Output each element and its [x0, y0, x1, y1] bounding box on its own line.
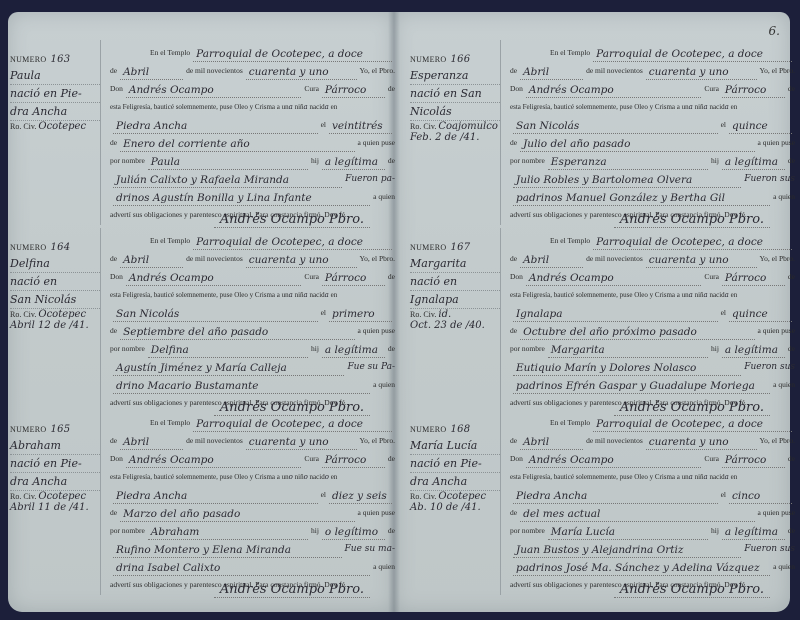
page-number: 6.: [769, 24, 780, 38]
baptism-record: NUMERO167 Margarita nació en Ignalapa Ro…: [410, 228, 790, 413]
record-form: En el TemploParroquial de Ocotepec, a do…: [510, 44, 795, 224]
fecha-nacimiento-field: Marzo del año pasado: [120, 507, 354, 522]
filiacion-field: a legítima: [722, 343, 785, 358]
presbitero-field: Andrés Ocampo: [126, 453, 301, 468]
record-number: NUMERO167: [410, 242, 500, 253]
civil-registry-date: Oct. 23 de /40.: [410, 320, 500, 331]
mes-field: Abril: [520, 65, 583, 80]
mes-field: Abril: [120, 65, 183, 80]
presbitero-field: Andrés Ocampo: [526, 453, 701, 468]
padres-field: Juan Bustos y Alejandrina Ortiz: [513, 543, 741, 558]
record-number: NUMERO168: [410, 424, 500, 435]
fecha-nacimiento-field: Septiembre del año pasado: [120, 325, 354, 340]
cura-field: Párroco: [722, 453, 785, 468]
dia-field: primero: [329, 307, 392, 322]
margin-note: Delfina nació en San Nicolás: [10, 255, 100, 309]
margin-note: Margarita nació en Ignalapa: [410, 255, 500, 309]
record-form: En el TemploParroquial de Ocotepec, a do…: [510, 232, 795, 412]
record-margin: NUMERO166 Esperanza nació en San Nicolás…: [410, 40, 501, 225]
record-number: NUMERO163: [10, 54, 100, 65]
templo-field: Parroquial de Ocotepec, a doce: [193, 235, 392, 250]
padrinos-field: padrinos Efrén Gaspar y Guadalupe Morieg…: [513, 379, 770, 394]
lugar-field: Piedra Ancha: [113, 489, 318, 504]
record-number: NUMERO166: [410, 54, 500, 65]
filiacion-field: a legítima: [322, 343, 385, 358]
anio-field: cuarenta y uno: [246, 253, 357, 268]
civil-registry: Ro. Civ. Coajomulco: [410, 121, 500, 132]
record-form: En el TemploParroquial de Ocotepec, a do…: [510, 414, 795, 594]
dia-field: diez y seis: [329, 489, 392, 504]
cura-field: Párroco: [322, 453, 385, 468]
priest-signature: Andrés Ocampo Pbro.: [614, 582, 770, 598]
baptism-record: NUMERO164 Delfina nació en San Nicolás R…: [10, 228, 390, 413]
margin-note: Paula nació en Pie- dra Ancha: [10, 67, 100, 121]
record-margin: NUMERO165 Abraham nació en Pie- dra Anch…: [10, 410, 101, 595]
mes-field: Abril: [120, 253, 183, 268]
lugar-field: Piedra Ancha: [113, 119, 318, 134]
mes-field: Abril: [120, 435, 183, 450]
anio-field: cuarenta y uno: [246, 65, 357, 80]
record-margin: NUMERO163 Paula nació en Pie- dra Ancha …: [10, 40, 101, 225]
filiacion-field: a legítima: [322, 155, 385, 170]
civil-registry: Ro. Civ. Ocotepec: [410, 491, 500, 502]
nombre-field: Paula: [148, 155, 308, 170]
baptism-record: NUMERO163 Paula nació en Pie- dra Ancha …: [10, 40, 390, 225]
fecha-nacimiento-field: Octubre del año próximo pasado: [520, 325, 754, 340]
padres-field: Julián Calixto y Rafaela Miranda: [113, 173, 342, 188]
mes-field: Abril: [520, 253, 583, 268]
baptism-record: NUMERO166 Esperanza nació en San Nicolás…: [410, 40, 790, 225]
record-form: En el TemploParroquial de Ocotepec, a do…: [110, 414, 395, 594]
cura-field: Párroco: [722, 271, 785, 286]
record-form: En el TemploParroquial de Ocotepec, a do…: [110, 232, 395, 412]
padrinos-field: drina Isabel Calixto: [113, 561, 370, 576]
anio-field: cuarenta y uno: [646, 435, 757, 450]
presbitero-field: Andrés Ocampo: [526, 83, 701, 98]
templo-field: Parroquial de Ocotepec, a doce: [193, 417, 392, 432]
civil-registry-date: Feb. 2 de /41.: [410, 132, 500, 143]
templo-field: Parroquial de Ocotepec, a doce: [593, 417, 792, 432]
padrinos-field: drinos Agustín Bonilla y Lina Infante: [113, 191, 370, 206]
nombre-field: Delfina: [148, 343, 308, 358]
fecha-nacimiento-field: Enero del corriente año: [120, 137, 354, 152]
margin-note: Esperanza nació en San Nicolás: [410, 67, 500, 121]
cura-field: Párroco: [322, 83, 385, 98]
margin-note: María Lucía nació en Pie- dra Ancha: [410, 437, 500, 491]
lugar-field: Piedra Ancha: [513, 489, 718, 504]
civil-registry-date: Abril 11 de /41.: [10, 502, 100, 513]
padrinos-field: padrinos Manuel González y Bertha Gil: [513, 191, 770, 206]
padres-field: Eutiquio Marín y Dolores Nolasco: [513, 361, 741, 376]
margin-note: Abraham nació en Pie- dra Ancha: [10, 437, 100, 491]
record-number: NUMERO165: [10, 424, 100, 435]
record-margin: NUMERO164 Delfina nació en San Nicolás R…: [10, 228, 101, 413]
civil-registry: Ro. Civ. id.: [410, 309, 500, 320]
filiacion-field: a legítima: [722, 155, 785, 170]
padrinos-field: drino Macario Bustamante: [113, 379, 370, 394]
cura-field: Párroco: [722, 83, 785, 98]
record-margin: NUMERO167 Margarita nació en Ignalapa Ro…: [410, 228, 501, 413]
anio-field: cuarenta y uno: [646, 253, 757, 268]
record-form: En el TemploParroquial de Ocotepec, a do…: [110, 44, 395, 224]
padres-field: Rufino Montero y Elena Miranda: [113, 543, 342, 558]
lugar-field: San Nicolás: [113, 307, 318, 322]
anio-field: cuarenta y uno: [646, 65, 757, 80]
dia-field: quince: [729, 119, 792, 134]
priest-signature: Andrés Ocampo Pbro.: [214, 212, 370, 228]
mes-field: Abril: [520, 435, 583, 450]
nombre-field: Abraham: [148, 525, 308, 540]
priest-signature: Andrés Ocampo Pbro.: [614, 212, 770, 228]
dia-field: quince: [729, 307, 792, 322]
filiacion-field: o legítimo: [322, 525, 385, 540]
presbitero-field: Andrés Ocampo: [526, 271, 701, 286]
civil-registry-date: Ab. 10 de /41.: [410, 502, 500, 513]
presbitero-field: Andrés Ocampo: [126, 83, 301, 98]
presbitero-field: Andrés Ocampo: [126, 271, 301, 286]
baptism-record: NUMERO168 María Lucía nació en Pie- dra …: [410, 410, 790, 595]
lugar-field: San Nicolás: [513, 119, 718, 134]
nombre-field: Margarita: [548, 343, 708, 358]
filiacion-field: a legítima: [722, 525, 785, 540]
templo-field: Parroquial de Ocotepec, a doce: [193, 47, 392, 62]
civil-registry: Ro. Civ. Ocotepec: [10, 491, 100, 502]
baptism-record: NUMERO165 Abraham nació en Pie- dra Anch…: [10, 410, 390, 595]
record-number: NUMERO164: [10, 242, 100, 253]
padres-field: Agustín Jiménez y María Calleja: [113, 361, 344, 376]
anio-field: cuarenta y uno: [246, 435, 357, 450]
fecha-nacimiento-field: del mes actual: [520, 507, 754, 522]
padrinos-field: padrinos José Ma. Sánchez y Adelina Vázq…: [513, 561, 770, 576]
lugar-field: Ignalapa: [513, 307, 718, 322]
civil-registry: Ro. Civ. Ocotepec: [10, 121, 100, 132]
nombre-field: María Lucía: [548, 525, 708, 540]
templo-field: Parroquial de Ocotepec, a doce: [593, 47, 792, 62]
record-margin: NUMERO168 María Lucía nació en Pie- dra …: [410, 410, 501, 595]
padres-field: Julio Robles y Bartolomea Olvera: [513, 173, 741, 188]
fecha-nacimiento-field: Julio del año pasado: [520, 137, 754, 152]
civil-registry: Ro. Civ. Ocotepec: [10, 309, 100, 320]
priest-signature: Andrés Ocampo Pbro.: [214, 582, 370, 598]
civil-registry-date: Abril 12 de /41.: [10, 320, 100, 331]
dia-field: veintitrés: [329, 119, 392, 134]
dia-field: cinco: [729, 489, 792, 504]
cura-field: Párroco: [322, 271, 385, 286]
nombre-field: Esperanza: [548, 155, 708, 170]
templo-field: Parroquial de Ocotepec, a doce: [593, 235, 792, 250]
